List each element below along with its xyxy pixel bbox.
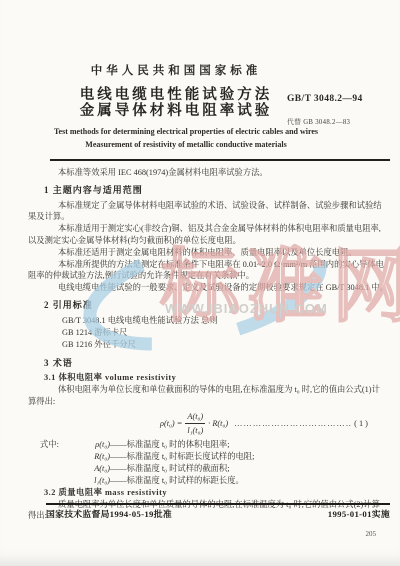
section-1-heading: 1 主题内容与适用范围 xyxy=(44,185,388,197)
national-standard-label: 中华人民共和国国家标准 xyxy=(0,0,352,78)
section-1-paragraph: 本标准还适用于测定金属电阻材料的体积电阻率、质量电阻率以及单位长度电阻。 xyxy=(28,247,388,259)
formula-fraction: A(t₀) l₁(t₀) xyxy=(185,411,205,437)
symbol-description: ——标准温度 t₀ 时的体积电阻率; xyxy=(110,439,388,451)
document-page: 中华人民共和国国家标准 电线电缆电性能试验方法 金属导体材料电阻率试验 GB/T… xyxy=(0,0,400,566)
symbol-definition-row: A(t₀) ——标准温度 t₀ 时试样的截面积; xyxy=(40,463,388,475)
footer: 国家技术监督局1994-05-19批准 1995-01-01实施 xyxy=(46,507,390,520)
symbol: l₁(t₀) xyxy=(64,475,110,487)
symbol: A(t₀) xyxy=(64,463,110,475)
symbol-definition-row: R(t₀) ——标准温度 t₀ 时标距长度试样的电阻; xyxy=(40,451,388,463)
section-3-heading: 3 术语 xyxy=(44,358,388,370)
document-body: 本标准等效采用 IEC 468(1974)金属材料电阻率试验方法。 1 主题内容… xyxy=(28,167,388,522)
formula-1: ρ(t₀) = A(t₀) l₁(t₀) · R(t₀) ……………………………… xyxy=(160,412,388,436)
formula-denominator: l₁(t₀) xyxy=(187,424,203,436)
where-label: 式中: xyxy=(40,439,64,451)
clause-3-1-text: 体积电阻率为单位长度和单位截面积的导体的电阻,在标准温度为 t₀ 时,它的值由公… xyxy=(28,384,388,408)
reference-item: GB 1214 游标卡尺 xyxy=(62,327,388,339)
header-divider xyxy=(50,159,390,161)
formula-lhs: ρ(t₀) = xyxy=(160,418,182,430)
formula-rhs: · R(t₀) xyxy=(208,418,228,430)
symbol: ρ(t₀) xyxy=(64,439,110,451)
implementation-date: 1995-01-01实施 xyxy=(328,507,390,520)
approval-note: 国家技术监督局1994-05-19批准 xyxy=(46,507,172,520)
symbol-description: ——标准温度 t₀ 时试样的截面积; xyxy=(110,463,388,475)
section-1-paragraph: 本标准规定了金属导体材料电阻率试验的术语、试验设备、试样制备、试验步骤和试验结果… xyxy=(28,200,388,224)
clause-3-2-heading: 3.2 质量电阻率 mass resistivity xyxy=(44,487,388,499)
standard-number: GB/T 3048.2—94 xyxy=(287,94,397,104)
page-number: 205 xyxy=(366,530,377,538)
intro-paragraph: 本标准等效采用 IEC 468(1974)金属材料电阻率试验方法。 xyxy=(28,167,388,179)
reference-item: GB/T 3048.1 电线电缆电性能试验方法 总则 xyxy=(62,315,388,327)
formula-numerator: A(t₀) xyxy=(185,411,205,424)
formula-leader-dots: ……………………………………………………… xyxy=(234,418,352,430)
reference-item: GB 1216 外径千分尺 xyxy=(62,339,388,351)
symbol-definition-row: 式中: ρ(t₀) ——标准温度 t₀ 时的体积电阻率; xyxy=(40,439,388,451)
english-title-line-2: Measurement of resistivity of metallic c… xyxy=(0,138,372,151)
footer-divider xyxy=(46,503,390,505)
symbol-definitions: 式中: ρ(t₀) ——标准温度 t₀ 时的体积电阻率; R(t₀) ——标准温… xyxy=(40,439,388,487)
section-1-paragraph: 本标准所提供的方法是测定在标准条件下电阻率在 0.01~2.0 Ω·mm²/m … xyxy=(28,259,388,283)
english-title: Test methods for determining electrical … xyxy=(0,125,372,151)
symbol-description: ——标准温度 t₀ 时试样的标距长度。 xyxy=(110,475,388,487)
section-2-heading: 2 引用标准 xyxy=(44,300,388,312)
clause-3-1-heading: 3.1 体积电阻率 volume resistivity xyxy=(44,372,388,384)
standard-number-block: GB/T 3048.2—94 代替 GB 3048.2—83 xyxy=(287,94,397,126)
symbol-definition-row: l₁(t₀) ——标准温度 t₀ 时试样的标距长度。 xyxy=(40,475,388,487)
english-title-line-1: Test methods for determining electrical … xyxy=(0,125,372,138)
formula-number: ( 1 ) xyxy=(354,418,368,430)
section-1-paragraph: 本标准适用于测定实心(非绞合)铜、铝及其合金金属导体材料的体积电阻率和质量电阻率… xyxy=(28,223,388,247)
replaced-standard: 代替 GB 3048.2—83 xyxy=(287,116,397,126)
section-1-paragraph: 电线电缆电性能试验的一般要求、定义及试验设备的定期校验要求规定在 GB/T 30… xyxy=(28,282,388,294)
symbol-description: ——标准温度 t₀ 时标距长度试样的电阻; xyxy=(110,451,388,463)
symbol: R(t₀) xyxy=(64,451,110,463)
